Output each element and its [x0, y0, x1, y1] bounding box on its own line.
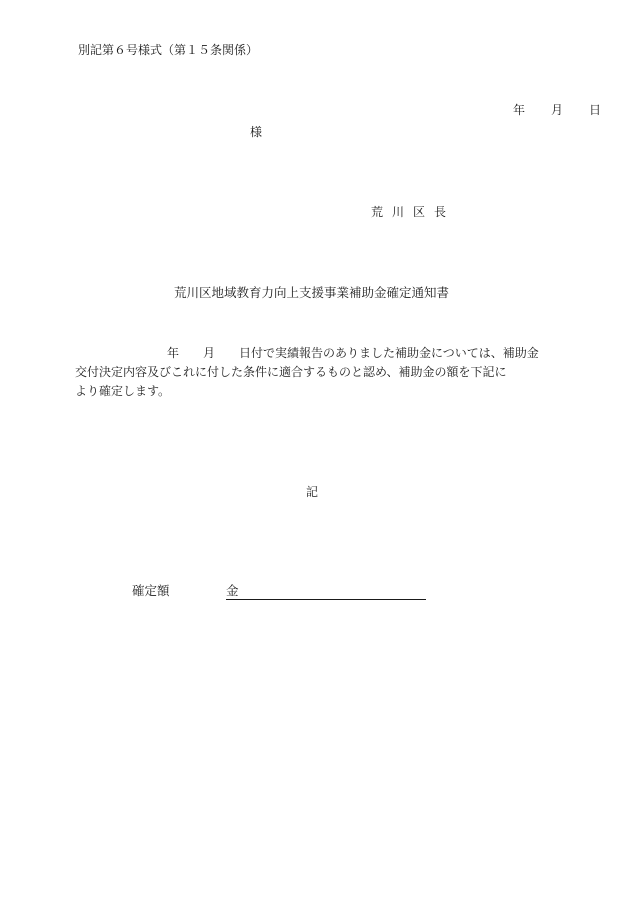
ki-heading: 記: [306, 486, 318, 498]
body-line-1-rest: 日付で実績報告のありました補助金については、補助金: [239, 346, 539, 360]
sender-char: 長: [434, 206, 446, 218]
recipient-honorific: 様: [250, 126, 262, 138]
body-paragraph: 年月日付で実績報告のありました補助金については、補助金 交付決定内容及びこれに付…: [75, 344, 555, 401]
date-month-label: 月: [551, 104, 563, 116]
date-day-label: 日: [589, 104, 601, 116]
sender-char: 荒: [371, 206, 383, 218]
sender-char: 川: [392, 206, 404, 218]
sender: 荒川区長: [371, 206, 455, 218]
body-line-3: より確定します。: [75, 382, 555, 401]
date-year-label: 年: [513, 104, 525, 116]
form-number: 別記第６号様式（第１５条関係）: [78, 44, 258, 56]
amount-prefix: 金: [226, 583, 239, 598]
sender-char: 区: [413, 206, 425, 218]
body-line-1: 年月日付で実績報告のありました補助金については、補助金: [75, 344, 555, 363]
body-line-2: 交付決定内容及びこれに付した条件に適合するものと認め、補助金の額を下記に: [75, 363, 555, 382]
body-month-label: 月: [203, 346, 215, 360]
document-title: 荒川区地域教育力向上支援事業補助金確定通知書: [174, 287, 449, 300]
amount-label: 確定額: [132, 585, 170, 598]
amount-field[interactable]: 金: [226, 585, 426, 600]
body-year-label: 年: [167, 346, 179, 360]
